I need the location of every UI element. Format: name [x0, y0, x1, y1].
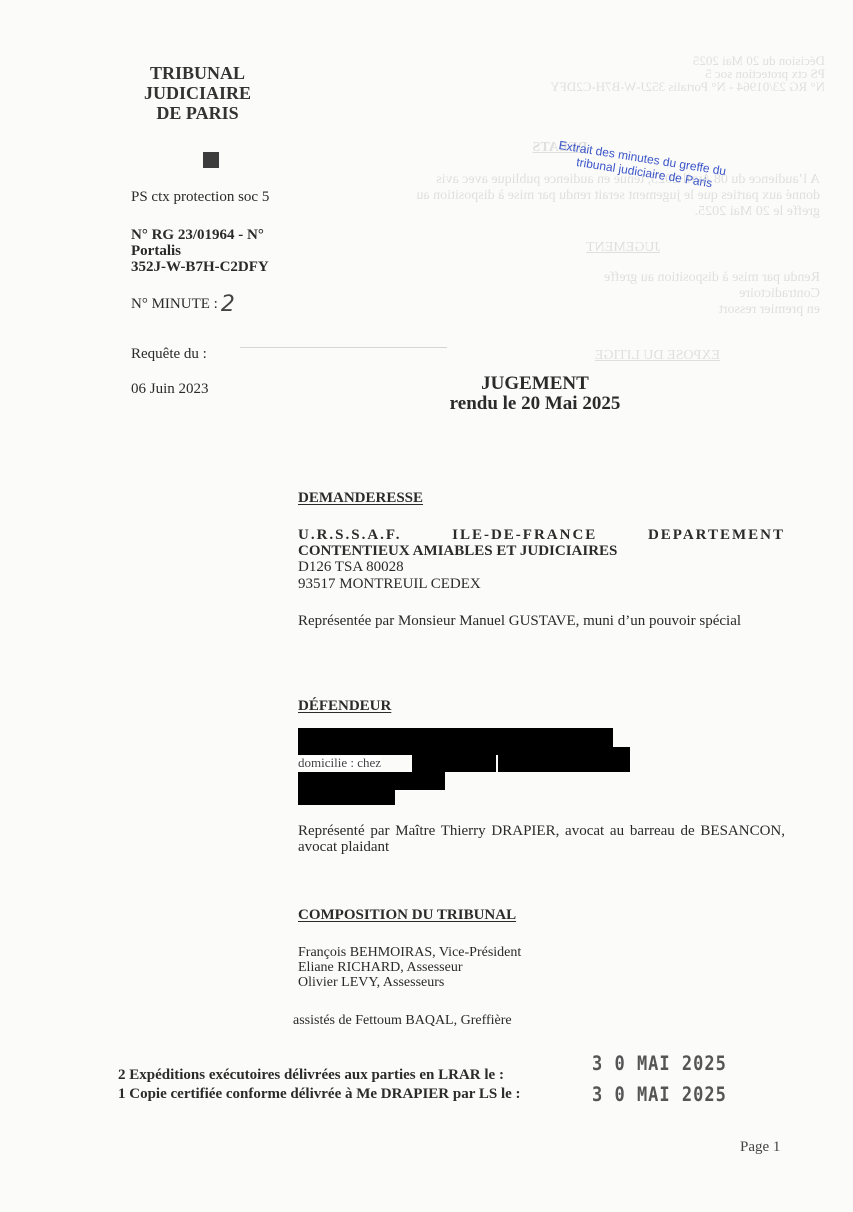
page-number: Page 1 [740, 1139, 780, 1156]
judgment-heading: JUGEMENT [430, 374, 640, 394]
requete-date: 06 Juin 2023 [131, 381, 209, 398]
redaction-block [298, 790, 395, 805]
court-name-line: JUDICIAIRE [110, 83, 285, 103]
domicile-text: domicilie : chez [298, 756, 381, 769]
requete-underline [240, 347, 447, 348]
court-name-line: DE PARIS [110, 103, 285, 123]
delivery-line-expeditions: 2 Expéditions exécutoires délivrées aux … [118, 1066, 521, 1085]
clerk-line: assistés de Fettoum BAQAL, Greffière [293, 1013, 512, 1029]
bleed-line: Contradictoire [300, 286, 820, 302]
bleed-heading: JUGEMENT [300, 240, 660, 256]
redaction-block [298, 772, 445, 790]
defendant-representation: Représenté par Maître Thierry DRAPIER, a… [298, 823, 785, 855]
bleed-line: en premier ressort [300, 302, 820, 318]
bleed-line: Décision du 20 Mai 2025 [465, 54, 825, 67]
member-assessor: Eliane RICHARD, Assesseur [298, 960, 521, 975]
court-name: TRIBUNAL JUDICIAIRE DE PARIS [110, 63, 285, 123]
date-stamp: 3 0 MAI 2025 [592, 1084, 727, 1107]
rg-line: 352J-W-B7H-C2DFY [131, 259, 269, 275]
judgment-title: JUGEMENT rendu le 20 Mai 2025 [430, 374, 640, 414]
bleed-line: A l’audience du 08 Avril 2025, tenue en … [300, 172, 820, 188]
chamber-label: PS ctx protection soc 5 [131, 189, 269, 206]
demanderesse-block: U.R.S.S.A.F. ILE-DE-FRANCE DEPARTEMENT C… [298, 527, 785, 593]
plaintiff-address-line1: D126 TSA 80028 [298, 559, 785, 576]
redaction-block [498, 747, 630, 772]
plaintiff-address-line2: 93517 MONTREUIL CEDEX [298, 576, 785, 593]
redaction-block [412, 755, 496, 772]
plaintiff-name-line1: U.R.S.S.A.F. ILE-DE-FRANCE DEPARTEMENT [298, 527, 785, 543]
minute-handwritten-value: 2 [221, 292, 235, 317]
word: ILE-DE-FRANCE [452, 527, 597, 543]
date-stamp: 3 0 MAI 2025 [592, 1053, 727, 1076]
member-president: François BEHMOIRAS, Vice-Président [298, 945, 521, 960]
minute-number: N° MINUTE :2 [131, 293, 235, 313]
bleed-line: PS ctx protection soc 5 [465, 67, 825, 80]
court-emblem-icon [203, 152, 219, 168]
word: DEPARTEMENT [648, 527, 785, 543]
bleed-line: greffe le 20 Mai 2025. [300, 204, 820, 220]
bleed-heading: EXPOSE DU LITIGE [300, 348, 720, 364]
plaintiff-name-line2: CONTENTIEUX AMIABLES ET JUDICIAIRES [298, 543, 785, 559]
bleed-through-debats: DEBATS A l’audience du 08 Avril 2025, te… [300, 140, 820, 364]
bleed-line: N° RG 23/01964 - N° Portalis 352J-W-B7H-… [465, 80, 825, 93]
bleed-line: Rendu par mise à disposition au greffe [300, 270, 820, 286]
extract-stamp: Extrait des minutes du greffe du tribuna… [556, 138, 728, 192]
rg-line: N° RG 23/01964 - N° [131, 227, 269, 243]
delivery-line-copy: 1 Copie certifiée conforme délivrée à Me… [118, 1085, 521, 1104]
plaintiff-representation: Représentée par Monsieur Manuel GUSTAVE,… [298, 613, 785, 629]
demanderesse-heading: DEMANDERESSE [298, 490, 423, 507]
delivery-notes: 2 Expéditions exécutoires délivrées aux … [118, 1066, 521, 1104]
judgment-date: rendu le 20 Mai 2025 [430, 394, 640, 414]
court-name-line: TRIBUNAL [110, 63, 285, 83]
bleed-through-header: Décision du 20 Mai 2025 PS ctx protectio… [465, 54, 825, 93]
composition-heading: COMPOSITION DU TRIBUNAL [298, 907, 516, 924]
minute-label: N° MINUTE : [131, 296, 218, 312]
rg-line: Portalis [131, 243, 269, 259]
member-assessor: Olivier LEVY, Assesseurs [298, 975, 521, 990]
word: U.R.S.S.A.F. [298, 527, 401, 543]
plaintiff-name: U.R.S.S.A.F. ILE-DE-FRANCE DEPARTEMENT C… [298, 527, 785, 559]
defendeur-heading: DÉFENDEUR [298, 698, 391, 715]
tribunal-members: François BEHMOIRAS, Vice-Président Elian… [298, 945, 521, 990]
requete-label: Requête du : [131, 346, 207, 363]
bleed-line: donné aux parties que le jugement serait… [300, 188, 820, 204]
case-number: N° RG 23/01964 - N° Portalis 352J-W-B7H-… [131, 227, 269, 275]
